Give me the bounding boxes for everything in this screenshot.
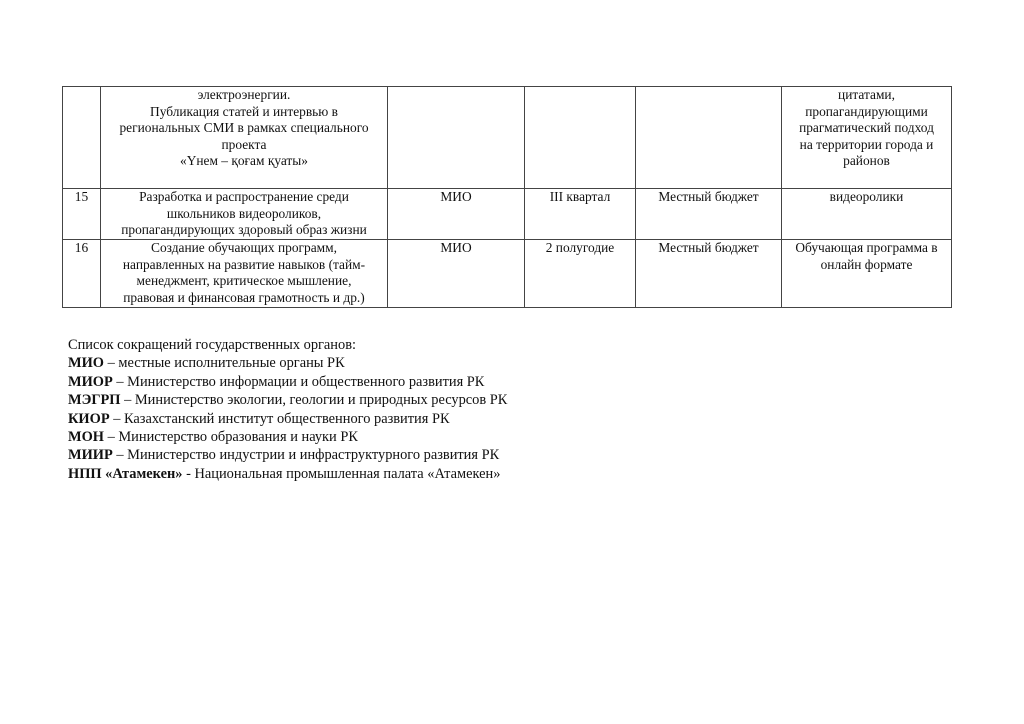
abbreviation-item: НПП «Атамекен» - Национальная промышленн… [68,465,507,483]
abbreviations-title: Список сокращений государственных органо… [68,336,507,354]
deadline-cell [525,87,636,189]
deadline-cell: III квартал [525,189,636,240]
responsible-cell: МИО [388,189,525,240]
table-row: электроэнергии. Публикация статей и инте… [63,87,952,189]
row-number: 15 [63,189,101,240]
action-plan-table: электроэнергии. Публикация статей и инте… [62,86,952,308]
abbreviation-item: МИИР – Министерство индустрии и инфрастр… [68,446,507,464]
abbreviation-term: МИИР [68,447,113,463]
result-cell: видеоролики [782,189,952,240]
abbreviation-term: МИОР [68,374,113,390]
deadline-cell: 2 полугодие [525,240,636,308]
abbreviation-separator: – [110,411,124,427]
row-number [63,87,101,189]
result-cell: Обучающая программа в онлайн формате [782,240,952,308]
abbreviation-definition: Министерство экологии, геологии и природ… [135,392,508,408]
abbreviation-definition: Национальная промышленная палата «Атамек… [195,466,501,482]
document-page: электроэнергии. Публикация статей и инте… [0,0,1024,724]
row-number: 16 [63,240,101,308]
abbreviation-term: МИО [68,355,104,371]
abbreviation-separator: – [113,447,127,463]
funding-cell: Местный бюджет [636,189,782,240]
abbreviation-definition: Министерство информации и общественного … [127,374,484,390]
abbreviation-separator: – [104,429,118,445]
abbreviation-item: МОН – Министерство образования и науки Р… [68,428,507,446]
responsible-cell: МИО [388,240,525,308]
activity-cell: электроэнергии. Публикация статей и инте… [101,87,388,189]
abbreviation-separator: – [113,374,127,390]
abbreviation-definition: Министерство индустрии и инфраструктурно… [127,447,499,463]
abbreviation-item: КИОР – Казахстанский институт общественн… [68,410,507,428]
funding-cell: Местный бюджет [636,240,782,308]
result-cell: цитатами, пропагандирующими прагматическ… [782,87,952,189]
activity-cell: Создание обучающих программ, направленны… [101,240,388,308]
abbreviation-separator: – [104,355,118,371]
abbreviation-term: НПП «Атамекен» [68,466,183,482]
abbreviation-term: МЭГРП [68,392,120,408]
abbreviation-term: КИОР [68,411,110,427]
abbreviation-item: МИО – местные исполнительные органы РК [68,354,507,372]
funding-cell [636,87,782,189]
abbreviation-separator: – [120,392,134,408]
abbreviation-definition: Министерство образования и науки РК [118,429,358,445]
abbreviation-separator: - [183,466,195,482]
abbreviation-item: МЭГРП – Министерство экологии, геологии … [68,391,507,409]
activity-cell: Разработка и распространение среди школь… [101,189,388,240]
table-row: 15 Разработка и распространение среди шк… [63,189,952,240]
abbreviations-list: Список сокращений государственных органо… [68,336,507,483]
responsible-cell [388,87,525,189]
abbreviation-definition: местные исполнительные органы РК [118,355,344,371]
abbreviation-term: МОН [68,429,104,445]
abbreviation-item: МИОР – Министерство информации и обществ… [68,373,507,391]
table-row: 16 Создание обучающих программ, направле… [63,240,952,308]
abbreviation-definition: Казахстанский институт общественного раз… [124,411,450,427]
